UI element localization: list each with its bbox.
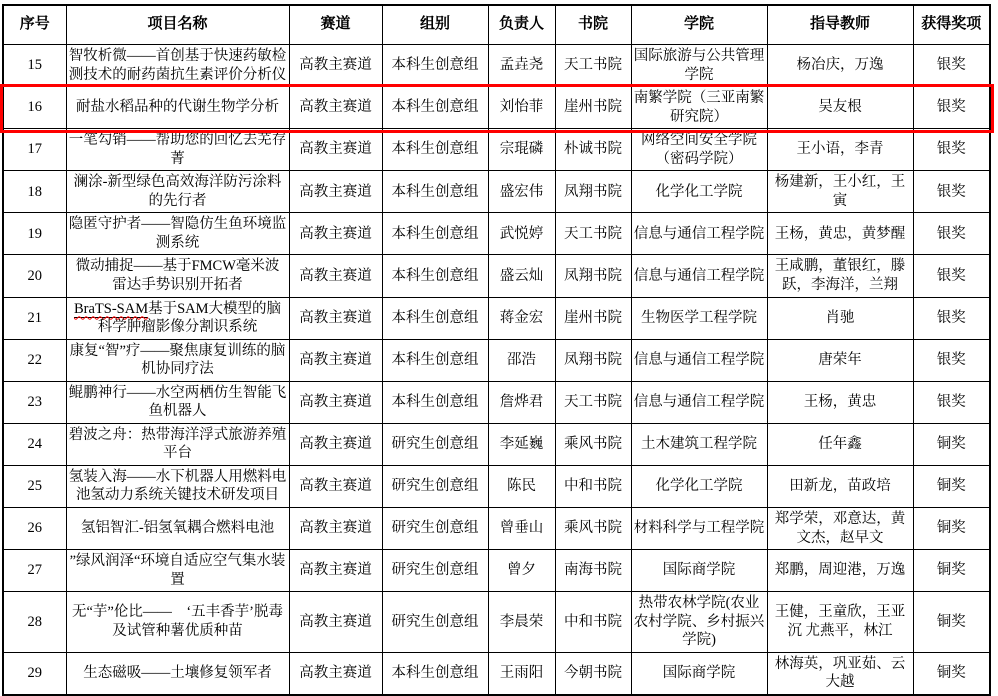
cell-project: 碧波之舟：热带海洋浮式旅游养殖平台 bbox=[66, 423, 289, 465]
table-row: 17一笔勾销——帮助您的回忆去芜存菁高教主赛道本科生创意组宗琨磷朴诚书院网络空间… bbox=[3, 129, 990, 171]
cell-group: 研究生创意组 bbox=[382, 423, 488, 465]
cell-leader: 詹烨君 bbox=[488, 381, 555, 423]
cell-advisors: 郑鹏，周迎港，万逸 bbox=[767, 550, 913, 592]
cell-leader: 孟垚尧 bbox=[488, 45, 555, 87]
cell-group: 本科生创意组 bbox=[382, 652, 488, 695]
cell-project: 生态磁吸——土壤修复领军者 bbox=[66, 652, 289, 695]
cell-track: 高教主赛道 bbox=[289, 297, 382, 339]
cell-advisors: 王杨，黄忠 bbox=[767, 381, 913, 423]
cell-school: 国际商学院 bbox=[631, 652, 767, 695]
page: 序号 项目名称 赛道 组别 负责人 书院 学院 指导教师 获得奖项 15智牧析微… bbox=[0, 0, 998, 619]
cell-award: 银奖 bbox=[913, 213, 990, 255]
cell-advisors: 任年鑫 bbox=[767, 423, 913, 465]
cell-school: 材料科学与工程学院 bbox=[631, 508, 767, 550]
cell-leader: 蒋金宏 bbox=[488, 297, 555, 339]
cell-track: 高教主赛道 bbox=[289, 339, 382, 381]
column-header-award: 获得奖项 bbox=[913, 5, 990, 45]
cell-college: 凤翔书院 bbox=[555, 171, 631, 213]
cell-no: 28 bbox=[3, 592, 66, 653]
cell-school: 信息与通信工程学院 bbox=[631, 339, 767, 381]
table-row: 15智牧析微——首创基于快速药敏检测技术的耐药菌抗生素评价分析仪高教主赛道本科生… bbox=[3, 45, 990, 87]
cell-advisors: 王杨，黄忠，黄梦醒 bbox=[767, 213, 913, 255]
column-header-leader: 负责人 bbox=[488, 5, 555, 45]
cell-award: 铜奖 bbox=[913, 592, 990, 653]
table-row: 19隐匿守护者——智隐仿生鱼环境监测系统高教主赛道本科生创意组武悦婷天工书院信息… bbox=[3, 213, 990, 255]
table-row: 26氢铝智汇-铝氢氧耦合燃料电池高教主赛道研究生创意组曾垂山乘风书院材料科学与工… bbox=[3, 508, 990, 550]
cell-no: 18 bbox=[3, 171, 66, 213]
cell-project: 澜涂-新型绿色高效海洋防污涂料的先行者 bbox=[66, 171, 289, 213]
cell-school: 信息与通信工程学院 bbox=[631, 213, 767, 255]
cell-track: 高教主赛道 bbox=[289, 465, 382, 507]
cell-advisors: 唐荣年 bbox=[767, 339, 913, 381]
cell-no: 26 bbox=[3, 508, 66, 550]
column-header-group: 组别 bbox=[382, 5, 488, 45]
table-row: 24碧波之舟：热带海洋浮式旅游养殖平台高教主赛道研究生创意组李延巍乘风书院土木建… bbox=[3, 423, 990, 465]
cell-group: 本科生创意组 bbox=[382, 129, 488, 171]
cell-advisors: 肖驰 bbox=[767, 297, 913, 339]
cell-award: 铜奖 bbox=[913, 423, 990, 465]
cell-track: 高教主赛道 bbox=[289, 508, 382, 550]
cell-project: 耐盐水稻品种的代谢生物学分析 bbox=[66, 87, 289, 129]
column-header-no: 序号 bbox=[3, 5, 66, 45]
table-row: 28无“芋”伦比—— ‘五丰香芋’脱毒及试管种薯优质种苗高教主赛道研究生创意组李… bbox=[3, 592, 990, 653]
cell-no: 15 bbox=[3, 45, 66, 87]
cell-college: 凤翔书院 bbox=[555, 339, 631, 381]
cell-leader: 李延巍 bbox=[488, 423, 555, 465]
cell-award: 银奖 bbox=[913, 171, 990, 213]
table-row: 29生态磁吸——土壤修复领军者高教主赛道本科生创意组王雨阳今朝书院国际商学院林海… bbox=[3, 652, 990, 695]
cell-college: 天工书院 bbox=[555, 381, 631, 423]
cell-award: 银奖 bbox=[913, 381, 990, 423]
cell-project: 隐匿守护者——智隐仿生鱼环境监测系统 bbox=[66, 213, 289, 255]
cell-college: 天工书院 bbox=[555, 45, 631, 87]
table-row: 22康复“智”疗——聚焦康复训练的脑机协同疗法高教主赛道本科生创意组邵浩凤翔书院… bbox=[3, 339, 990, 381]
cell-no: 23 bbox=[3, 381, 66, 423]
cell-project: 氢装入海——水下机器人用燃料电池氢动力系统关键技术研发项目 bbox=[66, 465, 289, 507]
cell-award: 铜奖 bbox=[913, 652, 990, 695]
column-header-advisors: 指导教师 bbox=[767, 5, 913, 45]
cell-leader: 盛云灿 bbox=[488, 255, 555, 297]
column-header-track: 赛道 bbox=[289, 5, 382, 45]
cell-advisors: 吴友根 bbox=[767, 87, 913, 129]
cell-project: 一笔勾销——帮助您的回忆去芜存菁 bbox=[66, 129, 289, 171]
cell-group: 本科生创意组 bbox=[382, 255, 488, 297]
cell-project: ”绿风润泽“环境自适应空气集水装置 bbox=[66, 550, 289, 592]
cell-track: 高教主赛道 bbox=[289, 87, 382, 129]
cell-group: 本科生创意组 bbox=[382, 45, 488, 87]
cell-college: 中和书院 bbox=[555, 592, 631, 653]
column-header-project: 项目名称 bbox=[66, 5, 289, 45]
cell-advisors: 王健，王童欣，王亚沉 尤燕平，林江 bbox=[767, 592, 913, 653]
cell-track: 高教主赛道 bbox=[289, 171, 382, 213]
cell-school: 国际旅游与公共管理学院 bbox=[631, 45, 767, 87]
cell-no: 24 bbox=[3, 423, 66, 465]
cell-school: 土木建筑工程学院 bbox=[631, 423, 767, 465]
cell-leader: 邵浩 bbox=[488, 339, 555, 381]
cell-no: 29 bbox=[3, 652, 66, 695]
cell-college: 乘风书院 bbox=[555, 423, 631, 465]
cell-leader: 武悦婷 bbox=[488, 213, 555, 255]
spellcheck-underlined-text: BraTS-SAM bbox=[74, 301, 148, 318]
cell-award: 银奖 bbox=[913, 297, 990, 339]
cell-advisors: 林海英，巩亚茹、云大越 bbox=[767, 652, 913, 695]
cell-track: 高教主赛道 bbox=[289, 129, 382, 171]
cell-project: 康复“智”疗——聚焦康复训练的脑机协同疗法 bbox=[66, 339, 289, 381]
cell-school: 国际商学院 bbox=[631, 550, 767, 592]
cell-award: 银奖 bbox=[913, 87, 990, 129]
cell-project: 智牧析微——首创基于快速药敏检测技术的耐药菌抗生素评价分析仪 bbox=[66, 45, 289, 87]
cell-project: BraTS-SAM基于SAM大模型的脑科学肿瘤影像分割识系统 bbox=[66, 297, 289, 339]
cell-college: 乘风书院 bbox=[555, 508, 631, 550]
table-body: 15智牧析微——首创基于快速药敏检测技术的耐药菌抗生素评价分析仪高教主赛道本科生… bbox=[3, 45, 990, 695]
cell-project: 氢铝智汇-铝氢氧耦合燃料电池 bbox=[66, 508, 289, 550]
cell-group: 本科生创意组 bbox=[382, 213, 488, 255]
cell-project: 微动捕捉——基于FMCW毫米波雷达手势识别开拓者 bbox=[66, 255, 289, 297]
cell-school: 信息与通信工程学院 bbox=[631, 255, 767, 297]
cell-school: 信息与通信工程学院 bbox=[631, 381, 767, 423]
cell-advisors: 王小语，李青 bbox=[767, 129, 913, 171]
table-row: 21BraTS-SAM基于SAM大模型的脑科学肿瘤影像分割识系统高教主赛道本科生… bbox=[3, 297, 990, 339]
column-header-college: 书院 bbox=[555, 5, 631, 45]
cell-track: 高教主赛道 bbox=[289, 652, 382, 695]
cell-track: 高教主赛道 bbox=[289, 381, 382, 423]
cell-college: 崖州书院 bbox=[555, 297, 631, 339]
cell-project: 无“芋”伦比—— ‘五丰香芋’脱毒及试管种薯优质种苗 bbox=[66, 592, 289, 653]
cell-group: 研究生创意组 bbox=[382, 550, 488, 592]
header-row: 序号 项目名称 赛道 组别 负责人 书院 学院 指导教师 获得奖项 bbox=[3, 5, 990, 45]
cell-track: 高教主赛道 bbox=[289, 550, 382, 592]
cell-award: 银奖 bbox=[913, 339, 990, 381]
table-row: 18澜涂-新型绿色高效海洋防污涂料的先行者高教主赛道本科生创意组盛宏伟凤翔书院化… bbox=[3, 171, 990, 213]
cell-group: 研究生创意组 bbox=[382, 465, 488, 507]
cell-no: 20 bbox=[3, 255, 66, 297]
column-header-school: 学院 bbox=[631, 5, 767, 45]
cell-award: 铜奖 bbox=[913, 550, 990, 592]
cell-no: 22 bbox=[3, 339, 66, 381]
cell-award: 铜奖 bbox=[913, 508, 990, 550]
cell-leader: 盛宏伟 bbox=[488, 171, 555, 213]
cell-leader: 李晨荣 bbox=[488, 592, 555, 653]
cell-college: 崖州书院 bbox=[555, 87, 631, 129]
cell-college: 凤翔书院 bbox=[555, 255, 631, 297]
cell-advisors: 田新龙，苗政培 bbox=[767, 465, 913, 507]
cell-advisors: 杨建新，王小红，王寅 bbox=[767, 171, 913, 213]
cell-group: 本科生创意组 bbox=[382, 297, 488, 339]
table-row: 16耐盐水稻品种的代谢生物学分析高教主赛道本科生创意组刘怡菲崖州书院南繁学院（三… bbox=[3, 87, 990, 129]
cell-group: 本科生创意组 bbox=[382, 381, 488, 423]
cell-no: 27 bbox=[3, 550, 66, 592]
table-row: 27”绿风润泽“环境自适应空气集水装置高教主赛道研究生创意组曾夕南海书院国际商学… bbox=[3, 550, 990, 592]
table-row: 25氢装入海——水下机器人用燃料电池氢动力系统关键技术研发项目高教主赛道研究生创… bbox=[3, 465, 990, 507]
cell-track: 高教主赛道 bbox=[289, 423, 382, 465]
cell-award: 银奖 bbox=[913, 129, 990, 171]
cell-leader: 曾垂山 bbox=[488, 508, 555, 550]
table-row: 20微动捕捉——基于FMCW毫米波雷达手势识别开拓者高教主赛道本科生创意组盛云灿… bbox=[3, 255, 990, 297]
cell-advisors: 郑学荣，邓意达，黄文杰，赵早文 bbox=[767, 508, 913, 550]
cell-college: 南海书院 bbox=[555, 550, 631, 592]
cell-award: 铜奖 bbox=[913, 465, 990, 507]
cell-no: 25 bbox=[3, 465, 66, 507]
cell-no: 21 bbox=[3, 297, 66, 339]
cell-leader: 宗琨磷 bbox=[488, 129, 555, 171]
cell-track: 高教主赛道 bbox=[289, 213, 382, 255]
cell-no: 19 bbox=[3, 213, 66, 255]
cell-no: 17 bbox=[3, 129, 66, 171]
cell-school: 南繁学院（三亚南繁研究院） bbox=[631, 87, 767, 129]
cell-school: 生物医学工程学院 bbox=[631, 297, 767, 339]
cell-college: 天工书院 bbox=[555, 213, 631, 255]
cell-project: 鲲鹏神行——水空两栖仿生智能飞鱼机器人 bbox=[66, 381, 289, 423]
cell-group: 研究生创意组 bbox=[382, 592, 488, 653]
cell-track: 高教主赛道 bbox=[289, 45, 382, 87]
cell-leader: 陈民 bbox=[488, 465, 555, 507]
cell-school: 热带农林学院(农业农村学院、乡村振兴学院) bbox=[631, 592, 767, 653]
cell-group: 本科生创意组 bbox=[382, 87, 488, 129]
cell-group: 本科生创意组 bbox=[382, 171, 488, 213]
cell-award: 银奖 bbox=[913, 45, 990, 87]
cell-track: 高教主赛道 bbox=[289, 255, 382, 297]
awards-table: 序号 项目名称 赛道 组别 负责人 书院 学院 指导教师 获得奖项 15智牧析微… bbox=[2, 4, 991, 696]
cell-college: 朴诚书院 bbox=[555, 129, 631, 171]
cell-no: 16 bbox=[3, 87, 66, 129]
cell-school: 化学化工学院 bbox=[631, 465, 767, 507]
cell-college: 今朝书院 bbox=[555, 652, 631, 695]
cell-leader: 曾夕 bbox=[488, 550, 555, 592]
cell-school: 网络空间安全学院（密码学院） bbox=[631, 129, 767, 171]
cell-group: 研究生创意组 bbox=[382, 508, 488, 550]
cell-award: 银奖 bbox=[913, 255, 990, 297]
cell-leader: 王雨阳 bbox=[488, 652, 555, 695]
cell-college: 中和书院 bbox=[555, 465, 631, 507]
cell-leader: 刘怡菲 bbox=[488, 87, 555, 129]
cell-advisors: 杨冶庆，万逸 bbox=[767, 45, 913, 87]
cell-school: 化学化工学院 bbox=[631, 171, 767, 213]
cell-advisors: 王咸鹏，董银红，滕跃，李海洋，兰翔 bbox=[767, 255, 913, 297]
cell-group: 本科生创意组 bbox=[382, 339, 488, 381]
cell-track: 高教主赛道 bbox=[289, 592, 382, 653]
table-row: 23鲲鹏神行——水空两栖仿生智能飞鱼机器人高教主赛道本科生创意组詹烨君天工书院信… bbox=[3, 381, 990, 423]
